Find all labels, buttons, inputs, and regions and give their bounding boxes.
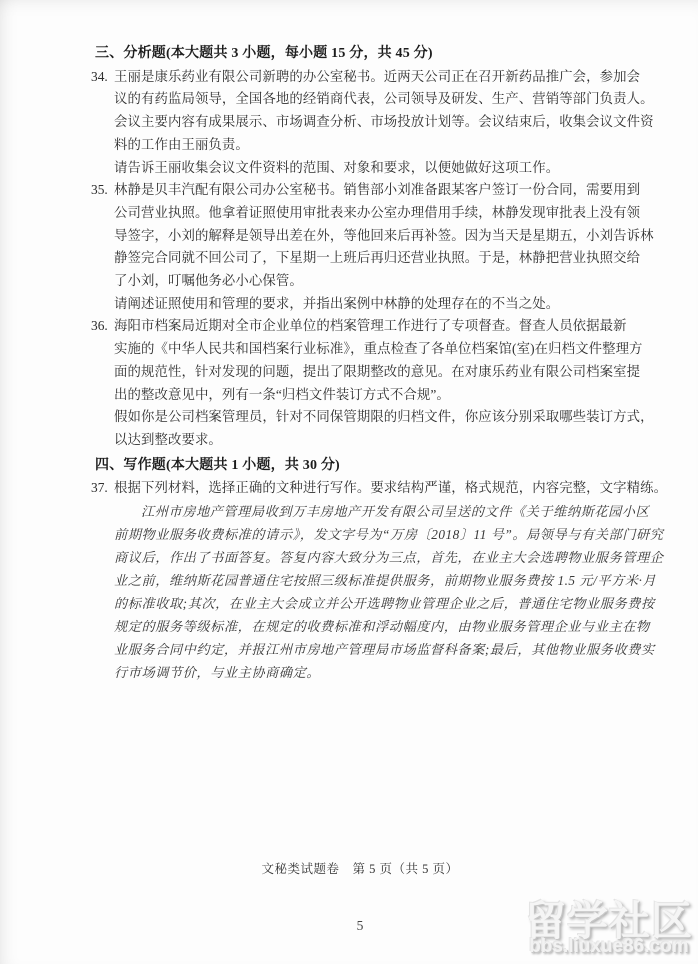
material-line: 前期物业服务收费标准的请示》，发文字号为“万房〔2018〕11 号”。局领导与有… [114, 523, 698, 546]
question-line: 议的有药监局领导，全国各地的经销商代表，公司领导及研发、生产、营销等部门负责人。 [114, 88, 698, 111]
material-line: 商议后，作出了书面答复。答复内容大致分为三点，首先，在业主大会选聘物业服务管理企 [114, 546, 698, 569]
material-line: 业服务合同中约定，并报江州市房地产管理局市场监督科备案;最后，其他物业服务收费实 [114, 638, 698, 661]
material-line: 的标准收取;其次，在业主大会成立并公开选聘物业管理企业之后，普通住宅物业服务费按 [114, 592, 698, 615]
question-37-intro: 根据下列材料，选择正确的文种进行写作。要求结构严谨，格式规范，内容完整，文字精练… [114, 477, 698, 500]
question-36-body: 海阳市档案局近期对全市企业单位的档案管理工作进行了专项督查。督查人员依据最新实施… [114, 315, 698, 451]
question-line: 出的整改意见中，列有一条“归档文件装订方式不合规”。 [114, 384, 698, 407]
question-line: 海阳市档案局近期对全市企业单位的档案管理工作进行了专项督查。督查人员依据最新 [114, 315, 698, 338]
question-line: 请阐述证照使用和管理的要求，并指出案例中林静的处理存在的不当之处。 [114, 293, 698, 316]
watermark: 留学社区 bbs.liuxue86.com [520, 899, 698, 958]
question-35-body: 林静是贝丰汽配有限公司办公室秘书。销售部小刘准备跟某客户签订一份合同，需要用到公… [114, 179, 698, 315]
question-line: 会议主要内容有成果展示、市场调查分析、市场投放计划等。会议结束后，收集会议文件资 [114, 111, 698, 134]
question-34-body: 王丽是康乐药业有限公司新聘的办公室秘书。近两天公司正在召开新药品推广会，参加会议… [114, 66, 698, 180]
section-analysis-heading: 三、分析题(本大题共 3 小题，每小题 15 分，共 45 分) [95, 43, 698, 66]
question-35-number: 35. [91, 179, 114, 202]
question-line: 王丽是康乐药业有限公司新聘的办公室秘书。近两天公司正在召开新药品推广会，参加会 [114, 66, 698, 89]
question-37-material: 江州市房地产管理局收到万丰房地产开发有限公司呈送的文件《关于维纳斯花园小区前期物… [114, 500, 698, 684]
question-line: 导签字，小刘的解释是领导出差在外，等他回来后再补签。因为当天是星期五，小刘告诉林 [114, 225, 698, 248]
question-line: 实施的《中华人民共和国档案行业标准》，重点检查了各单位档案馆(室)在归档文件整理… [114, 338, 698, 361]
question-37-body: 根据下列材料，选择正确的文种进行写作。要求结构严谨，格式规范，内容完整，文字精练… [114, 477, 698, 684]
material-line: 江州市房地产管理局收到万丰房地产开发有限公司呈送的文件《关于维纳斯花园小区 [114, 500, 698, 523]
material-line: 规定的服务等级标准，在规定的收费标准和浮动幅度内，由物业服务管理企业与业主在物 [114, 615, 698, 638]
watermark-url: bbs.liuxue86.com [520, 936, 698, 958]
question-line: 以达到整改要求。 [114, 429, 698, 452]
section-writing-heading: 四、写作题(本大题共 1 小题，共 30 分) [95, 455, 698, 478]
question-line: 假如你是公司档案管理员，针对不同保管期限的归档文件，你应该分别采取哪些装订方式， [114, 406, 698, 429]
question-line: 根据下列材料，选择正确的文种进行写作。要求结构严谨，格式规范，内容完整，文字精练… [114, 477, 698, 500]
question-line: 公司营业执照。他拿着证照使用审批表来办公室办理借用手续，林静发现审批表上没有领 [114, 202, 698, 225]
question-36-number: 36. [91, 315, 114, 338]
question-line: 林静是贝丰汽配有限公司办公室秘书。销售部小刘准备跟某客户签订一份合同，需要用到 [114, 179, 698, 202]
page-footer: 文秘类试题卷 第 5 页（共 5 页） [0, 859, 698, 877]
material-line: 业之前，维纳斯花园普通住宅按照三级标准提供服务，前期物业服务费按 1.5 元/平… [114, 569, 698, 592]
material-line: 行市场调节价，与业主协商确定。 [114, 661, 698, 684]
question-line: 料的工作由王丽负责。 [114, 134, 698, 157]
question-37-number: 37. [91, 477, 114, 500]
question-line: 静签完合同就不回公司了，下星期一上班后再归还营业执照。于是，林静把营业执照交给 [114, 247, 698, 270]
question-34: 34. 王丽是康乐药业有限公司新聘的办公室秘书。近两天公司正在召开新药品推广会，… [91, 66, 698, 180]
question-37: 37. 根据下列材料，选择正确的文种进行写作。要求结构严谨，格式规范，内容完整，… [91, 477, 698, 684]
question-line: 面的规范性，针对发现的问题，提出了限期整改的意见。在对康乐药业有限公司档案室提 [114, 361, 698, 384]
question-line: 请告诉王丽收集会议文件资料的范围、对象和要求，以便她做好这项工作。 [114, 157, 698, 180]
question-36: 36. 海阳市档案局近期对全市企业单位的档案管理工作进行了专项督查。督查人员依据… [91, 315, 698, 451]
exam-page: 三、分析题(本大题共 3 小题，每小题 15 分，共 45 分) 34. 王丽是… [0, 0, 698, 964]
question-34-number: 34. [91, 66, 114, 89]
exam-content: 三、分析题(本大题共 3 小题，每小题 15 分，共 45 分) 34. 王丽是… [0, 0, 698, 684]
question-35: 35. 林静是贝丰汽配有限公司办公室秘书。销售部小刘准备跟某客户签订一份合同，需… [91, 179, 698, 315]
question-line: 了小刘，叮嘱他务必小心保管。 [114, 270, 698, 293]
